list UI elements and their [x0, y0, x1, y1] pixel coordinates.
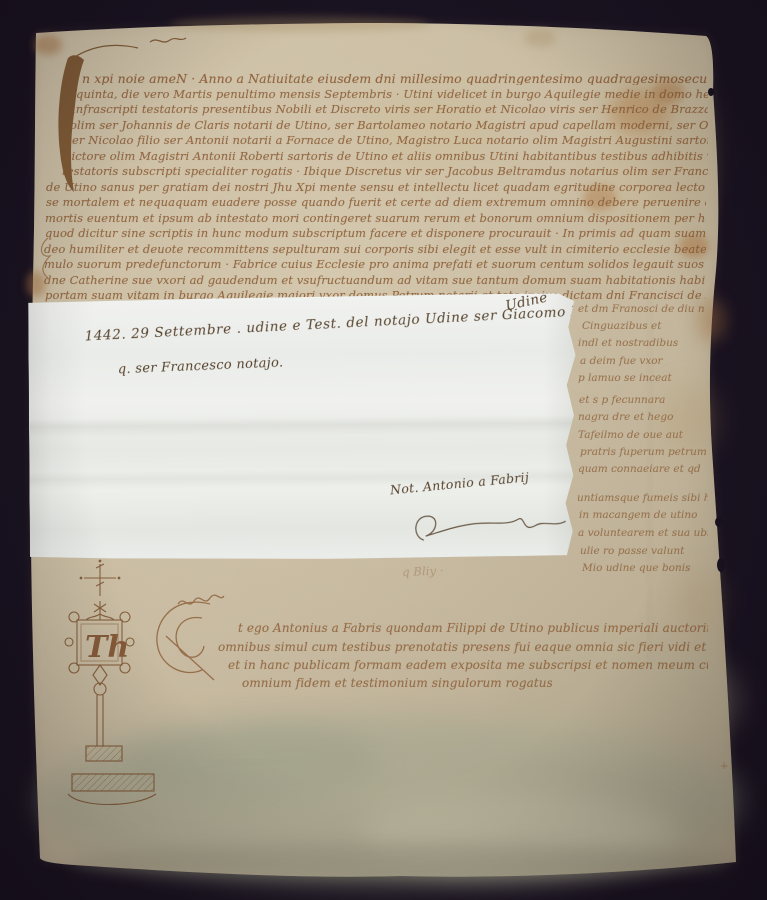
photo-stage: Th n xpi noie ameN · Anno a Natiuitate e…	[0, 0, 767, 900]
manuscript-line: deo humiliter et deuote recommittens sep…	[44, 243, 706, 256]
manuscript-line: dne Catherine sue vxori ad gaudendum et …	[44, 274, 706, 287]
notarial-subscription-line: t ego Antonius a Fabris quondam Filippi …	[238, 622, 708, 635]
manuscript-line-fragment: quam connaeiare et qd	[578, 463, 708, 475]
notarial-subscription-line: et in hanc publicam formam eadem exposit…	[228, 659, 708, 672]
manuscript-line-fragment: nagra dre et hego	[578, 411, 708, 423]
manuscript-line-fragment: in macangem de utino	[579, 509, 708, 521]
manuscript-line: mortis euentum et ipsum ab intestato mor…	[45, 212, 706, 225]
manuscript-line: quod dicitur sine scriptis in hunc modum…	[45, 227, 706, 240]
manuscript-line: n xpi noie ameN · Anno a Natiuitate eius…	[82, 72, 708, 85]
manuscript-line: de Utino sanus per gratiam dei nostri Jh…	[46, 181, 706, 194]
manuscript-line-fragment: a voluntearem et sua ubi	[578, 527, 708, 539]
manuscript-line-fragment: pratris fuperum petrum	[580, 446, 708, 458]
manuscript-line-fragment: indl et nostradibus	[578, 337, 708, 349]
slip-notary-line: Not. Antonio a Fabrij	[389, 469, 529, 497]
signature-flourish-icon	[402, 505, 572, 551]
manuscript-line: ser Nicolao filio ser Antonii notarii a …	[66, 134, 708, 147]
manuscript-line: infrascripti testatoris presentibus Nobi…	[72, 103, 708, 116]
slip-secondary-line: q. ser Francesco notajo.	[118, 355, 284, 377]
manuscript-line-fragment: ulie ro passe valunt	[580, 545, 708, 557]
manuscript-line-fragment: Cinguazibus et	[582, 320, 708, 332]
manuscript-line: se mortalem et nequaquam euadere posse q…	[46, 196, 706, 209]
manuscript-line-fragment: a deim fue vxor	[580, 355, 708, 367]
notarial-subscription-line: omnium fidem et testimonium singulorum r…	[242, 677, 552, 690]
manuscript-line: olim ser Johannis de Claris notarii de U…	[70, 119, 708, 132]
notary-monogram: Th	[85, 630, 129, 665]
manuscript-line-fragment: untiamsque fumeis sibi he	[577, 492, 708, 504]
archival-slip: Udine 1442. 29 Settembre . udine e Test.…	[28, 293, 578, 562]
manuscript-line: pictore olim Magistri Antonii Roberti sa…	[64, 150, 708, 163]
manuscript-line-fragment: p lamuo se inceat	[578, 372, 708, 384]
manuscript-line-fragment: et dm Franosci de diu n	[578, 303, 708, 315]
photo-of-parchment-document: { "description": "Photograph of a 15th-c…	[0, 0, 767, 900]
manuscript-line-fragment: Tafeilmo de oue aut	[578, 429, 708, 441]
slip-date-line: 1442. 29 Settembre . udine e Test. del n…	[84, 300, 646, 344]
notarial-subscription-line: omnibus simul cum testibus prenotatis pr…	[218, 641, 708, 654]
manuscript-line: testatoris subscripti specialiter rogati…	[62, 165, 708, 178]
manuscript-line-fragment: Mio udine que bonis	[582, 562, 708, 574]
manuscript-line-fragment: et s p fecunnara	[579, 394, 708, 406]
manuscript-line: quinta, die vero Martis penultimo mensis…	[76, 88, 708, 101]
manuscript-line: mulo suorum predefunctorum · Fabrice cui…	[44, 258, 706, 271]
corner-cross-mark: +	[720, 760, 732, 773]
